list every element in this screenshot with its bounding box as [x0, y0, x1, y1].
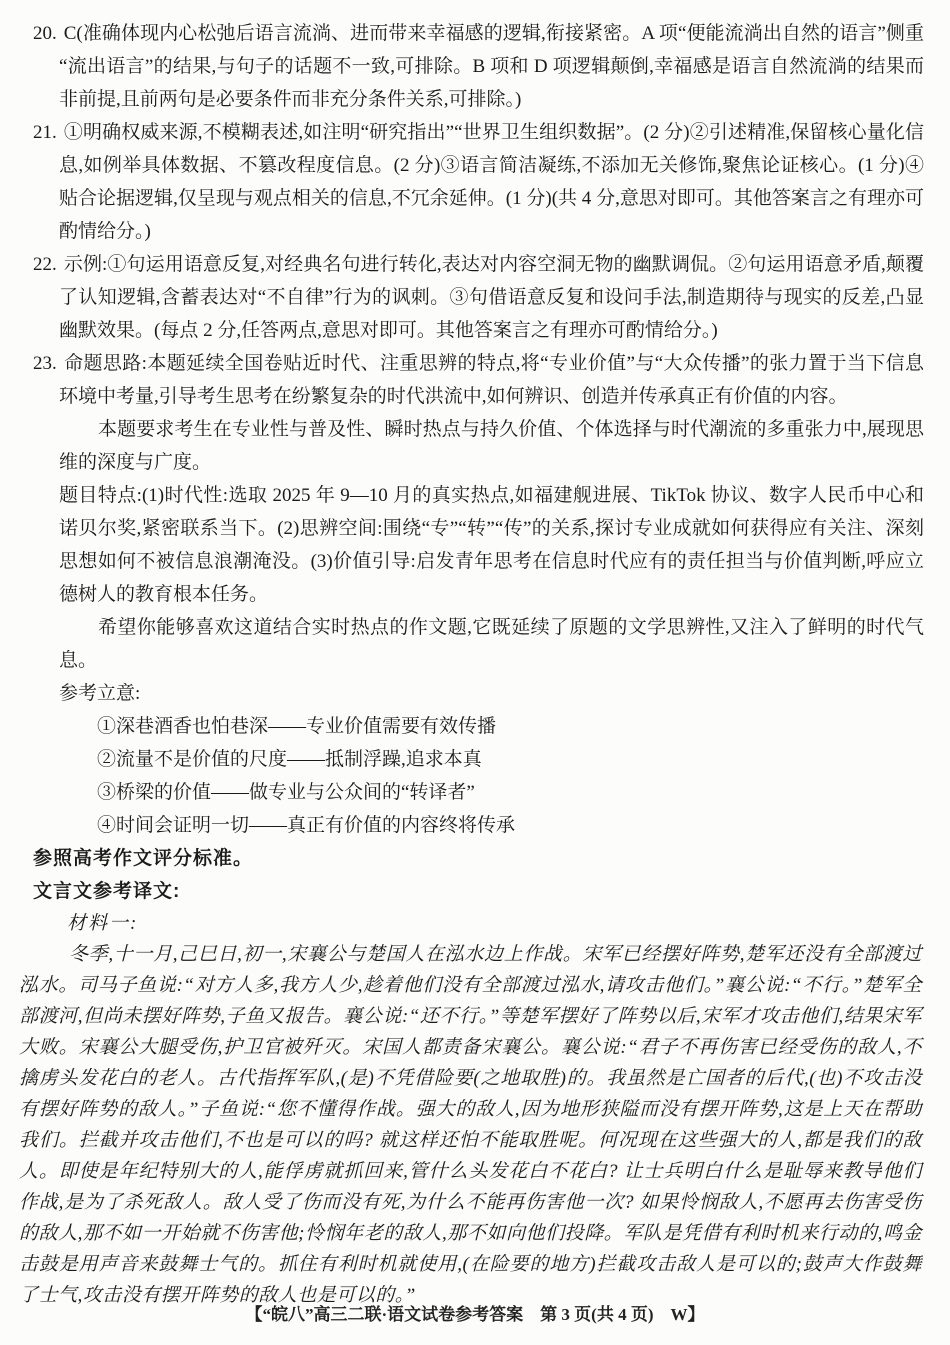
item-text: C(准确体现内心松弛后语言流淌、进而带来幸福感的逻辑,衔接紧密。A 项“便能流淌…: [59, 23, 924, 110]
item23-features-paragraph: 题目特点:(1)时代性:选取 2025 年 9—10 月的真实热点,如福建舰进展…: [59, 479, 924, 611]
idea-item-1: ①深巷酒香也怕巷深——专业价值需要有效传播: [97, 710, 924, 743]
answer-item-20: 20.C(准确体现内心松弛后语言流淌、进而带来幸福感的逻辑,衔接紧密。A 项“便…: [59, 17, 924, 116]
item23-requirement-paragraph: 本题要求考生在专业性与普及性、瞬时热点与持久价值、个体选择与时代潮流的多重张力中…: [59, 413, 924, 479]
idea-item-4: ④时间会证明一切——真正有价值的内容终将传承: [97, 809, 924, 842]
page-footer: 【“皖八”高三二联·语文试卷参考答案 第 3 页(共 4 页) W】: [0, 1301, 950, 1329]
footer-text: 【“皖八”高三二联·语文试卷参考答案 第 3 页(共 4 页) W】: [246, 1305, 705, 1324]
item-number: 21.: [33, 122, 57, 143]
material-one-translation: 冬季,十一月,己巳日,初一,宋襄公与楚国人在泓水边上作战。宋军已经摆好阵势,楚军…: [19, 939, 922, 1311]
translation-heading: 文言文参考译文:: [33, 875, 924, 908]
reference-ideas-label: 参考立意:: [59, 677, 924, 710]
item-number: 20.: [33, 23, 57, 44]
item-text: 命题思路:本题延续全国卷贴近时代、注重思辨的特点,将“专业价值”与“大众传播”的…: [59, 353, 924, 407]
item-number: 22.: [33, 254, 57, 275]
idea-item-2: ②流量不是价值的尺度——抵制浮躁,追求本真: [97, 743, 924, 776]
item-text: 示例:①句运用语意反复,对经典名句进行转化,表达对内容空洞无物的幽默调侃。②句运…: [59, 254, 924, 341]
item-number: 23.: [33, 353, 57, 374]
answer-item-21: 21.①明确权威来源,不模糊表述,如注明“研究指出”“世界卫生组织数据”。(2 …: [59, 116, 924, 248]
item23-hope-paragraph: 希望你能够喜欢这道结合实时热点的作文题,它既延续了原题的文学思辨性,又注入了鲜明…: [59, 611, 924, 677]
answer-items-section: 20.C(准确体现内心松弛后语言流淌、进而带来幸福感的逻辑,衔接紧密。A 项“便…: [33, 17, 924, 842]
classical-translation-section: 材料一: 冬季,十一月,己巳日,初一,宋襄公与楚国人在泓水边上作战。宋军已经摆好…: [19, 908, 922, 1311]
exam-answer-key-page: 20.C(准确体现内心松弛后语言流淌、进而带来幸福感的逻辑,衔接紧密。A 项“便…: [0, 0, 950, 1345]
grading-standard-note: 参照高考作文评分标准。: [33, 842, 924, 875]
idea-item-3: ③桥梁的价值——做专业与公众间的“转译者”: [97, 776, 924, 809]
answer-item-22: 22.示例:①句运用语意反复,对经典名句进行转化,表达对内容空洞无物的幽默调侃。…: [59, 248, 924, 347]
material-one-label: 材料一:: [67, 908, 922, 939]
reference-ideas-list: ①深巷酒香也怕巷深——专业价值需要有效传播 ②流量不是价值的尺度——抵制浮躁,追…: [33, 710, 924, 842]
item-text: ①明确权威来源,不模糊表述,如注明“研究指出”“世界卫生组织数据”。(2 分)②…: [59, 122, 924, 242]
answer-item-23: 23.命题思路:本题延续全国卷贴近时代、注重思辨的特点,将“专业价值”与“大众传…: [59, 347, 924, 413]
